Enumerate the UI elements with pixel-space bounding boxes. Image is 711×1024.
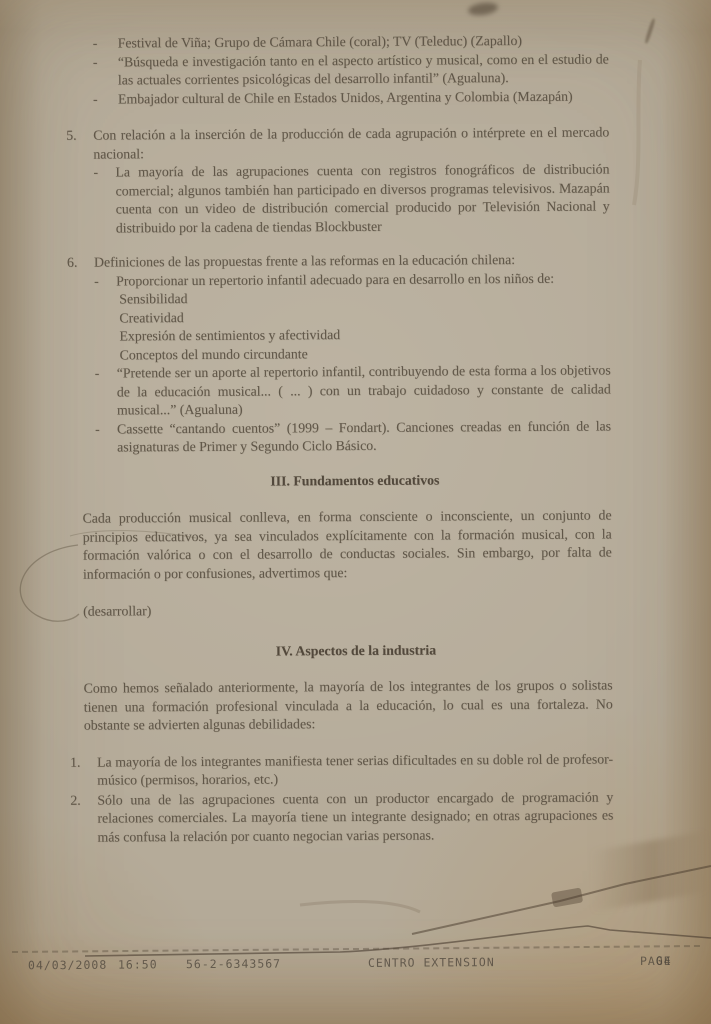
numbered-item-5: 5. Con relación a la inserción de la pro… [66, 123, 610, 237]
page-number: 04 [656, 954, 672, 968]
bullet-text: “Búsqueda e investigación tanto en el as… [118, 50, 609, 90]
item-lead-text: Con relación a la inserción de la produc… [93, 123, 609, 163]
fax-number: 56-2-6343567 [186, 957, 281, 972]
fax-station-name: CENTRO EXTENSION [368, 955, 495, 970]
fax-date: 04/03/2008 [28, 958, 107, 973]
list-item: - “Búsqueda e investigación tanto en el … [93, 50, 609, 90]
list-item: - Embajador cultural de Chile en Estados… [93, 87, 609, 109]
list-item: - Cassette “cantando cuentos” (1999 – Fo… [95, 417, 611, 457]
fax-page-indicator: PAGE 04 [640, 954, 656, 968]
item-text: La mayoría de los integrantes manifiesta… [97, 750, 613, 790]
dash-marker: - [93, 34, 118, 53]
dash-marker: - [93, 90, 118, 109]
document-flow: - Festival de Viña; Grupo de Cámara Chil… [0, 0, 711, 847]
numbered-item-1: 1. La mayoría de los integrantes manifie… [70, 750, 613, 790]
bullet-text: Embajador cultural de Chile en Estados U… [118, 87, 609, 108]
bullet-text: Proporcionar un repertorio infantil adec… [116, 269, 610, 291]
document-content: - Festival de Viña; Grupo de Cámara Chil… [0, 0, 711, 847]
section-heading-iii: III. Fundamentos educativos [98, 470, 611, 492]
scanned-fax-page: - Festival de Viña; Grupo de Cámara Chil… [0, 0, 711, 1024]
continuation-bullet-list: - Festival de Viña; Grupo de Cámara Chil… [93, 31, 609, 108]
item-number: 1. [70, 753, 97, 790]
plain-line-list: Sensibilidad Creatividad Expresión de se… [119, 287, 610, 364]
placeholder-note: (desarrollar) [83, 599, 612, 621]
list-item: - La mayoría de las agrupaciones cuenta … [93, 160, 609, 237]
section-heading-iv: IV. Aspectos de la industria [99, 640, 612, 662]
item-body: Con relación a la inserción de la produc… [93, 123, 610, 237]
numbered-item-2: 2. Sólo una de las agrupaciones cuenta c… [70, 788, 613, 847]
dash-marker: - [95, 364, 117, 420]
item-number: 6. [67, 254, 95, 458]
bullet-text: La mayoría de las agrupaciones cuenta co… [115, 160, 609, 237]
dash-marker: - [93, 163, 115, 237]
item-body: Definiciones de las propuestas frente a … [94, 250, 611, 457]
item-number: 5. [66, 127, 94, 238]
dash-marker: - [94, 272, 116, 291]
numbered-item-6: 6. Definiciones de las propuestas frente… [67, 250, 611, 457]
list-item: - Proporcionar un repertorio infantil ad… [94, 269, 610, 291]
dash-marker: - [95, 420, 117, 457]
bullet-text: Cassette “cantando cuentos” (1999 – Fond… [117, 417, 611, 457]
section-iii-paragraph: Cada producción musical conlleva, en for… [83, 506, 612, 583]
item-number: 2. [70, 791, 97, 847]
bullet-text: “Pretende ser un aporte al repertorio in… [117, 361, 611, 420]
dash-marker: - [93, 53, 118, 90]
list-item: - “Pretende ser un aporte al repertorio … [95, 361, 611, 420]
fax-time: 16:50 [118, 957, 158, 971]
weakness-list: 1. La mayoría de los integrantes manifie… [70, 750, 614, 847]
item-text: Sólo una de las agrupaciones cuenta con … [97, 788, 613, 847]
section-iv-paragraph: Como hemos señalado anteriormente, la ma… [84, 676, 613, 735]
